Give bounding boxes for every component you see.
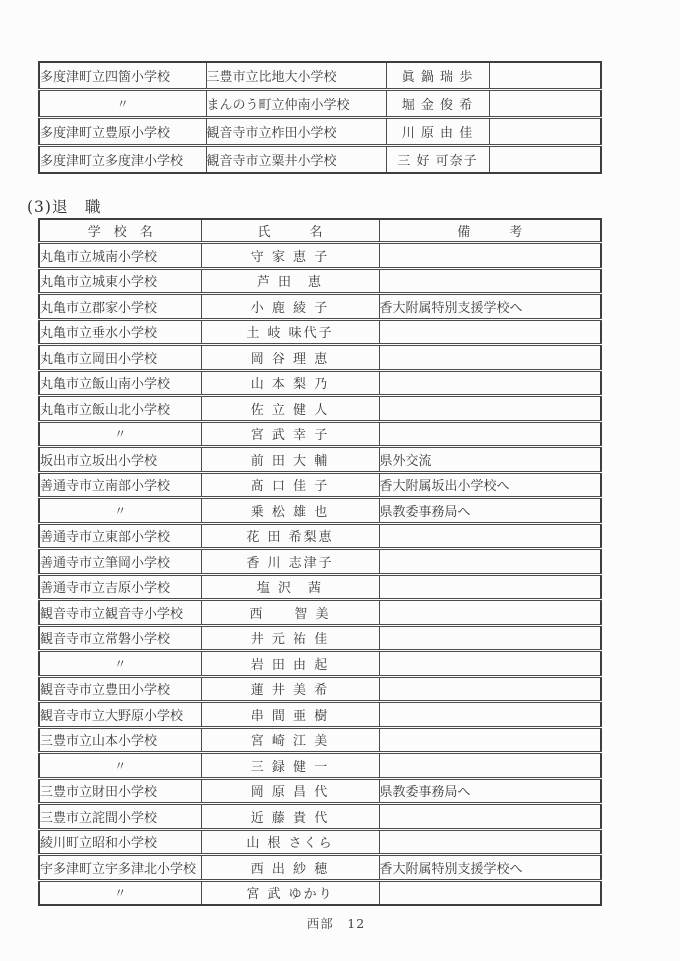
school-name-cell: 〃: [39, 498, 201, 524]
section-title: (3)退 職: [27, 195, 101, 217]
table-row: 〃 宮 武 ゆかり: [39, 880, 601, 905]
remarks-cell: [379, 319, 601, 345]
person-name-cell: 山 根 さくら: [201, 829, 379, 855]
table-row: 多度津町立豊原小学校 観音寺市立柞田小学校 川 原 由 佳: [39, 118, 601, 146]
person-name-cell: 佐 立 健 人: [201, 396, 379, 422]
table-row: 坂出市立坂出小学校 前 田 大 輔 県外交流: [39, 447, 601, 473]
table-row: 善通寺市立筆岡小学校 香 川 志津子: [39, 549, 601, 575]
table-row: 観音寺市立豊田小学校 蓮 井 美 希: [39, 676, 601, 702]
table-row: 丸亀市立城南小学校 守 家 恵 子: [39, 243, 601, 269]
school-from-cell: 多度津町立四箇小学校: [39, 62, 206, 90]
remarks-cell: [379, 727, 601, 753]
table-header-row: 学 校 名 氏 名 備 考: [39, 219, 601, 243]
person-name-cell: 岡 谷 理 恵: [201, 345, 379, 371]
remarks-cell: [489, 118, 601, 146]
table-row: 丸亀市立飯山北小学校 佐 立 健 人: [39, 396, 601, 422]
school-name-cell: 善通寺市立吉原小学校: [39, 574, 201, 600]
school-name-cell: 丸亀市立垂水小学校: [39, 319, 201, 345]
school-name-cell: 観音寺市立豊田小学校: [39, 676, 201, 702]
col-header-name: 氏 名: [201, 219, 379, 243]
table-row: 宇多津町立宇多津北小学校 西 出 紗 穂 香大附属特別支援学校へ: [39, 855, 601, 881]
table-row: 丸亀市立垂水小学校 土 岐 味代子: [39, 319, 601, 345]
document-page: 多度津町立四箇小学校 三豊市立比地大小学校 眞 鍋 瑞 歩 〃 まんのう町立仲南…: [0, 0, 680, 961]
table-row: 善通寺市立南部小学校 髙 口 佳 子 香大附属坂出小学校へ: [39, 472, 601, 498]
remarks-cell: [379, 651, 601, 677]
person-name-cell: 蓮 井 美 希: [201, 676, 379, 702]
school-to-cell: 観音寺市立粟井小学校: [206, 146, 386, 174]
table-row: 丸亀市立岡田小学校 岡 谷 理 恵: [39, 345, 601, 371]
remarks-cell: [379, 370, 601, 396]
school-to-cell: 観音寺市立柞田小学校: [206, 118, 386, 146]
remarks-cell: [379, 829, 601, 855]
school-name-cell: 観音寺市立常磐小学校: [39, 625, 201, 651]
remarks-cell: 県教委事務局へ: [379, 778, 601, 804]
school-name-cell: 丸亀市立飯山北小学校: [39, 396, 201, 422]
person-name-cell: 花 田 希梨恵: [201, 523, 379, 549]
school-name-cell: 〃: [39, 880, 201, 905]
school-from-cell: 〃: [39, 90, 206, 118]
person-name-cell: 川 原 由 佳: [386, 118, 489, 146]
remarks-cell: [379, 574, 601, 600]
table-row: 観音寺市立大野原小学校 串 間 亜 樹: [39, 702, 601, 728]
person-name-cell: 塩 沢 茜: [201, 574, 379, 600]
table-row: 綾川町立昭和小学校 山 根 さくら: [39, 829, 601, 855]
school-name-cell: 綾川町立昭和小学校: [39, 829, 201, 855]
continuation-table: 多度津町立四箇小学校 三豊市立比地大小学校 眞 鍋 瑞 歩 〃 まんのう町立仲南…: [38, 61, 600, 174]
person-name-cell: 髙 口 佳 子: [201, 472, 379, 498]
school-name-cell: 三豊市立詫間小学校: [39, 804, 201, 830]
remarks-cell: [489, 90, 601, 118]
remarks-cell: [379, 523, 601, 549]
table-row: 三豊市立山本小学校 宮 崎 江 美: [39, 727, 601, 753]
person-name-cell: 守 家 恵 子: [201, 243, 379, 269]
school-from-cell: 多度津町立多度津小学校: [39, 146, 206, 174]
remarks-cell: [379, 396, 601, 422]
school-name-cell: 丸亀市立城東小学校: [39, 268, 201, 294]
school-name-cell: 〃: [39, 421, 201, 447]
remarks-cell: [379, 421, 601, 447]
table-row: 三豊市立財田小学校 岡 原 昌 代 県教委事務局へ: [39, 778, 601, 804]
school-from-cell: 多度津町立豊原小学校: [39, 118, 206, 146]
person-name-cell: 近 藤 貴 代: [201, 804, 379, 830]
remarks-cell: [489, 62, 601, 90]
table-row: 〃 三 録 健 一: [39, 753, 601, 779]
school-name-cell: 坂出市立坂出小学校: [39, 447, 201, 473]
school-name-cell: 丸亀市立城南小学校: [39, 243, 201, 269]
table-row: 丸亀市立郡家小学校 小 鹿 綾 子 香大附属特別支援学校へ: [39, 294, 601, 320]
retirement-table: 学 校 名 氏 名 備 考 丸亀市立城南小学校 守 家 恵 子 丸亀市立城東小学…: [38, 218, 600, 906]
remarks-cell: [379, 243, 601, 269]
remarks-cell: [379, 676, 601, 702]
person-name-cell: 西 出 紗 穂: [201, 855, 379, 881]
school-name-cell: 丸亀市立飯山南小学校: [39, 370, 201, 396]
remarks-cell: [379, 753, 601, 779]
table-row: 観音寺市立観音寺小学校 西 智 美: [39, 600, 601, 626]
school-to-cell: 三豊市立比地大小学校: [206, 62, 386, 90]
table-row: 丸亀市立飯山南小学校 山 本 梨 乃: [39, 370, 601, 396]
remarks-cell: [379, 345, 601, 371]
table-row: 多度津町立四箇小学校 三豊市立比地大小学校 眞 鍋 瑞 歩: [39, 62, 601, 90]
person-name-cell: 岡 原 昌 代: [201, 778, 379, 804]
col-header-school: 学 校 名: [39, 219, 201, 243]
person-name-cell: 串 間 亜 樹: [201, 702, 379, 728]
school-to-cell: まんのう町立仲南小学校: [206, 90, 386, 118]
school-name-cell: 丸亀市立岡田小学校: [39, 345, 201, 371]
table-row: 三豊市立詫間小学校 近 藤 貴 代: [39, 804, 601, 830]
remarks-cell: 香大附属特別支援学校へ: [379, 855, 601, 881]
remarks-cell: 県外交流: [379, 447, 601, 473]
col-header-remarks: 備 考: [379, 219, 601, 243]
table-row: 〃 乗 松 雄 也 県教委事務局へ: [39, 498, 601, 524]
remarks-cell: 香大附属特別支援学校へ: [379, 294, 601, 320]
remarks-cell: 県教委事務局へ: [379, 498, 601, 524]
person-name-cell: 山 本 梨 乃: [201, 370, 379, 396]
school-name-cell: 善通寺市立東部小学校: [39, 523, 201, 549]
school-name-cell: 観音寺市立観音寺小学校: [39, 600, 201, 626]
person-name-cell: 堀 金 俊 希: [386, 90, 489, 118]
person-name-cell: 乗 松 雄 也: [201, 498, 379, 524]
person-name-cell: 芦 田 恵: [201, 268, 379, 294]
person-name-cell: 三 録 健 一: [201, 753, 379, 779]
remarks-cell: [379, 549, 601, 575]
table-row: 丸亀市立城東小学校 芦 田 恵: [39, 268, 601, 294]
person-name-cell: 宮 武 ゆかり: [201, 880, 379, 905]
table-row: 〃 まんのう町立仲南小学校 堀 金 俊 希: [39, 90, 601, 118]
school-name-cell: 善通寺市立南部小学校: [39, 472, 201, 498]
school-name-cell: 観音寺市立大野原小学校: [39, 702, 201, 728]
school-name-cell: 三豊市立財田小学校: [39, 778, 201, 804]
person-name-cell: 宮 武 幸 子: [201, 421, 379, 447]
school-name-cell: 丸亀市立郡家小学校: [39, 294, 201, 320]
person-name-cell: 土 岐 味代子: [201, 319, 379, 345]
remarks-cell: 香大附属坂出小学校へ: [379, 472, 601, 498]
table-row: 善通寺市立吉原小学校 塩 沢 茜: [39, 574, 601, 600]
remarks-cell: [379, 702, 601, 728]
remarks-cell: [489, 146, 601, 174]
school-name-cell: 〃: [39, 651, 201, 677]
remarks-cell: [379, 880, 601, 905]
person-name-cell: 香 川 志津子: [201, 549, 379, 575]
school-name-cell: 三豊市立山本小学校: [39, 727, 201, 753]
person-name-cell: 小 鹿 綾 子: [201, 294, 379, 320]
table-row: 多度津町立多度津小学校 観音寺市立粟井小学校 三 好 可奈子: [39, 146, 601, 174]
school-name-cell: 〃: [39, 753, 201, 779]
person-name-cell: 岩 田 由 起: [201, 651, 379, 677]
table-row: 善通寺市立東部小学校 花 田 希梨恵: [39, 523, 601, 549]
remarks-cell: [379, 600, 601, 626]
person-name-cell: 前 田 大 輔: [201, 447, 379, 473]
person-name-cell: 三 好 可奈子: [386, 146, 489, 174]
person-name-cell: 井 元 祐 佳: [201, 625, 379, 651]
school-name-cell: 宇多津町立宇多津北小学校: [39, 855, 201, 881]
person-name-cell: 西 智 美: [201, 600, 379, 626]
remarks-cell: [379, 625, 601, 651]
table-row: 〃 岩 田 由 起: [39, 651, 601, 677]
page-footer: 西部 12: [0, 914, 672, 932]
table-row: 観音寺市立常磐小学校 井 元 祐 佳: [39, 625, 601, 651]
person-name-cell: 眞 鍋 瑞 歩: [386, 62, 489, 90]
table-row: 〃 宮 武 幸 子: [39, 421, 601, 447]
school-name-cell: 善通寺市立筆岡小学校: [39, 549, 201, 575]
remarks-cell: [379, 804, 601, 830]
remarks-cell: [379, 268, 601, 294]
person-name-cell: 宮 崎 江 美: [201, 727, 379, 753]
